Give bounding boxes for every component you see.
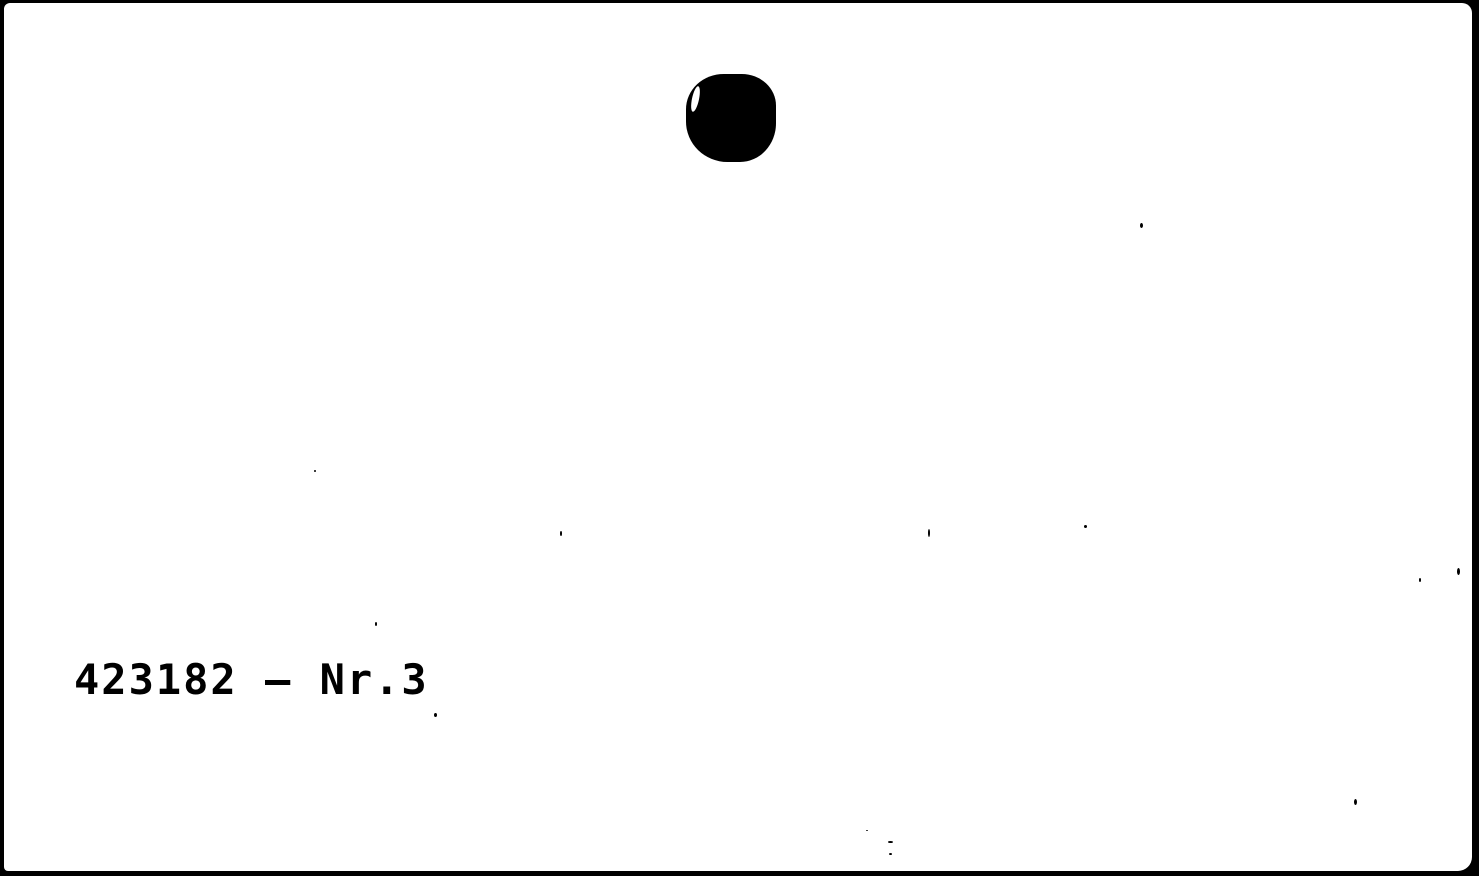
speck [928,529,930,537]
speck [314,470,316,472]
punch-hole-icon [686,74,776,162]
punch-hole-glint [689,86,701,113]
catalog-number: 423182 – Nr.3 [74,659,429,701]
speck [1354,799,1357,805]
speck [1457,568,1460,575]
speck [866,830,868,831]
speck [560,531,562,536]
speck [434,713,437,717]
speck [1084,525,1087,528]
archival-card: 423182 – Nr.3 [4,3,1472,871]
speck [1140,223,1143,228]
speck [1419,578,1421,582]
speck [888,841,893,843]
scan-frame: 423182 – Nr.3 [0,0,1479,876]
speck [375,622,377,626]
speck [889,853,892,855]
